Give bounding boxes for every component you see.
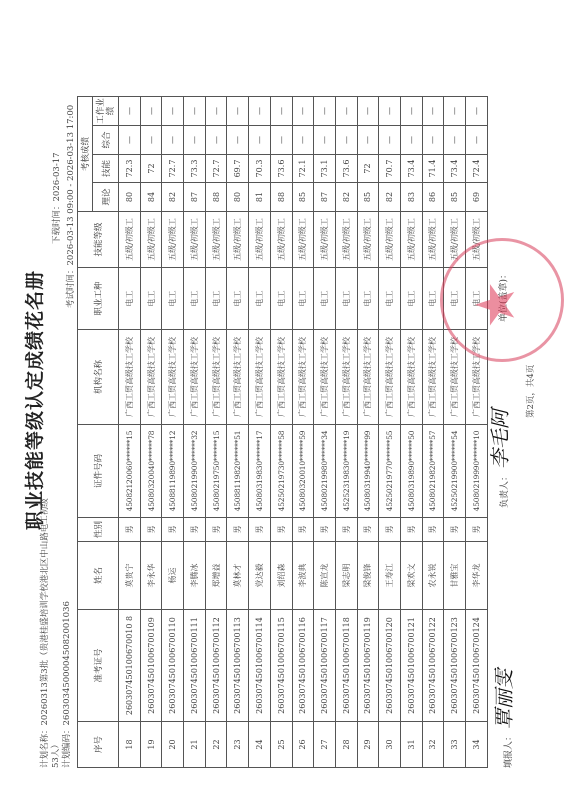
work-performance-cell: — — [184, 96, 206, 125]
skill-score-cell: 73.3 — [184, 155, 206, 183]
seq-cell: 20 — [162, 722, 184, 768]
comprehensive-score-cell: — — [140, 126, 162, 155]
level-cell: 五级/初级工 — [184, 212, 206, 268]
table-row: 252603074501006700115刘绍森男45250219730****… — [270, 96, 292, 767]
seq-cell: 19 — [140, 722, 162, 768]
theory-score-cell: 88 — [205, 183, 227, 212]
plan-code-label: 计划编码： — [62, 725, 72, 768]
level-cell: 五级/初级工 — [140, 212, 162, 268]
work-performance-cell: — — [400, 96, 422, 125]
theory-score-cell: 80 — [227, 183, 249, 212]
name-cell: 李波典 — [292, 542, 314, 610]
org-cell: 广西工贸高级技工学校 — [205, 330, 227, 425]
table-row: 312603074501006700121梁欢文男45080319890****… — [400, 96, 422, 767]
table-row: 292603074501006700119梁俊锋男45080319940****… — [357, 96, 379, 767]
plan-name-value: 20260313第3批（贵港桂盛培训学校港北区中山路电工初级 — [40, 498, 50, 725]
level-cell: 五级/初级工 — [292, 212, 314, 268]
gender-cell: 男 — [335, 518, 357, 542]
id-number-cell: 45080219820******57 — [422, 425, 444, 518]
ticket-cell: 2603074501006700113 — [227, 610, 249, 722]
gender-cell: 男 — [466, 518, 488, 542]
header-skill: 技能 — [93, 155, 119, 183]
ticket-cell: 2603074501006700119 — [357, 610, 379, 722]
table-row: 212603074501006700111李腾冰男45080219900****… — [184, 96, 206, 767]
work-performance-cell: — — [335, 96, 357, 125]
theory-score-cell: 87 — [184, 183, 206, 212]
responsible-signature: 李毛阿 — [488, 409, 512, 469]
plan-code: 计划编码：26030345000045082001036 — [60, 601, 72, 768]
seq-cell: 33 — [444, 722, 466, 768]
comprehensive-score-cell: — — [379, 126, 401, 155]
comprehensive-score-cell: — — [205, 126, 227, 155]
level-cell: 五级/初级工 — [270, 212, 292, 268]
comprehensive-score-cell: — — [184, 126, 206, 155]
skill-score-cell: 72.4 — [466, 155, 488, 183]
id-number-cell: 45088119890******12 — [162, 425, 184, 518]
ticket-cell: 2603074501006700123 — [444, 610, 466, 722]
table-row: 322603074501006700122农永锐男45080219820****… — [422, 96, 444, 767]
skill-score-cell: 72.3 — [119, 155, 141, 183]
ticket-cell: 2603074501006700122 — [422, 610, 444, 722]
gender-cell: 男 — [119, 518, 141, 542]
header-theory: 理论 — [93, 183, 119, 212]
ticket-cell: 2603074501006700118 — [335, 610, 357, 722]
skill-score-cell: 70.7 — [379, 155, 401, 183]
name-cell: 莫贵宁 — [119, 542, 141, 610]
skill-score-cell: 69.7 — [227, 155, 249, 183]
gender-cell: 男 — [162, 518, 184, 542]
name-cell: 农永锐 — [422, 542, 444, 610]
seq-cell: 27 — [314, 722, 336, 768]
work-performance-cell: — — [314, 96, 336, 125]
skill-score-cell: 73.6 — [270, 155, 292, 183]
gender-cell: 男 — [205, 518, 227, 542]
comprehensive-score-cell: — — [119, 126, 141, 155]
seq-cell: 22 — [205, 722, 227, 768]
work-performance-cell: — — [270, 96, 292, 125]
id-number-cell: 45080319890******50 — [400, 425, 422, 518]
gender-cell: 男 — [379, 518, 401, 542]
seq-cell: 30 — [379, 722, 401, 768]
page-info: 第2页，共4页 — [524, 365, 536, 418]
table-row: 202603074501006700110杨运男45088119890*****… — [162, 96, 184, 767]
occupation-cell: 电工 — [314, 268, 336, 330]
plan-name: 计划名称：20260313第3批（贵港桂盛培训学校港北区中山路电工初级 — [38, 498, 50, 768]
id-number-cell: 45080320010******59 — [292, 425, 314, 518]
name-cell: 梁俊锋 — [357, 542, 379, 610]
comprehensive-score-cell: — — [162, 126, 184, 155]
occupation-cell: 电工 — [249, 268, 271, 330]
theory-score-cell: 84 — [140, 183, 162, 212]
table-row: 272603074501006700117陈宣龙男45080219980****… — [314, 96, 336, 767]
name-cell: 王寿江 — [379, 542, 401, 610]
occupation-cell: 电工 — [379, 268, 401, 330]
table-body: 18260307450100670010 8莫贵宁男45082120060***… — [119, 96, 488, 767]
name-cell: 梁志明 — [335, 542, 357, 610]
download-time: 下载时间：2026-03-17 — [50, 152, 62, 244]
name-cell: 刘绍森 — [270, 542, 292, 610]
level-cell: 五级/初级工 — [400, 212, 422, 268]
theory-score-cell: 86 — [422, 183, 444, 212]
work-performance-cell: — — [205, 96, 227, 125]
name-cell: 李华龙 — [466, 542, 488, 610]
comprehensive-score-cell: — — [335, 126, 357, 155]
comprehensive-score-cell: — — [422, 126, 444, 155]
skill-score-cell: 73.6 — [335, 155, 357, 183]
table-row: 262603074501006700116李波典男45080320010****… — [292, 96, 314, 767]
org-cell: 广西工贸高级技工学校 — [314, 330, 336, 425]
gender-cell: 男 — [227, 518, 249, 542]
header-scores-group: 考核成绩 — [78, 96, 93, 211]
org-cell: 广西工贸高级技工学校 — [422, 330, 444, 425]
id-number-cell: 45250219900******54 — [444, 425, 466, 518]
ticket-cell: 260307450100670010 8 — [119, 610, 141, 722]
theory-score-cell: 82 — [379, 183, 401, 212]
ticket-cell: 2603074501006700116 — [292, 610, 314, 722]
theory-score-cell: 88 — [270, 183, 292, 212]
occupation-cell: 电工 — [335, 268, 357, 330]
responsible-label: 负责人： — [500, 472, 510, 508]
ticket-cell: 2603074501006700117 — [314, 610, 336, 722]
header-seq: 序号 — [78, 722, 119, 768]
org-cell: 广西工贸高级技工学校 — [162, 330, 184, 425]
work-performance-cell: — — [119, 96, 141, 125]
occupation-cell: 电工 — [184, 268, 206, 330]
table-row: 222603074501006700112郑增益男45080219750****… — [205, 96, 227, 767]
org-cell: 广西工贸高级技工学校 — [292, 330, 314, 425]
occupation-cell: 电工 — [119, 268, 141, 330]
name-cell: 李永华 — [140, 542, 162, 610]
id-number-cell: 45252319830******19 — [335, 425, 357, 518]
header-id-number: 证件号码 — [78, 425, 119, 518]
seq-cell: 24 — [249, 722, 271, 768]
skill-score-cell: 70.3 — [249, 155, 271, 183]
occupation-cell: 电工 — [227, 268, 249, 330]
occupation-cell: 电工 — [270, 268, 292, 330]
id-number-cell: 45080219980******34 — [314, 425, 336, 518]
level-cell: 五级/初级工 — [379, 212, 401, 268]
gender-cell: 男 — [184, 518, 206, 542]
id-number-cell: 45080219750******15 — [205, 425, 227, 518]
filler-signature: 覃丽雯 — [492, 669, 516, 729]
theory-score-cell: 82 — [335, 183, 357, 212]
comprehensive-score-cell: — — [292, 126, 314, 155]
occupation-cell: 电工 — [400, 268, 422, 330]
occupation-cell: 电工 — [162, 268, 184, 330]
ticket-cell: 2603074501006700121 — [400, 610, 422, 722]
work-performance-cell: — — [379, 96, 401, 125]
level-cell: 五级/初级工 — [314, 212, 336, 268]
org-cell: 广西工贸高级技工学校 — [379, 330, 401, 425]
id-number-cell: 45250219730******58 — [270, 425, 292, 518]
theory-score-cell: 85 — [357, 183, 379, 212]
level-cell: 五级/初级工 — [249, 212, 271, 268]
header-ticket: 准考证号 — [78, 610, 119, 722]
work-performance-cell: — — [162, 96, 184, 125]
comprehensive-score-cell: — — [400, 126, 422, 155]
id-number-cell: 45082120060******15 — [119, 425, 141, 518]
org-cell: 广西工贸高级技工学校 — [119, 330, 141, 425]
skill-score-cell: 72 — [140, 155, 162, 183]
work-performance-cell: — — [444, 96, 466, 125]
org-cell: 广西工贸高级技工学校 — [335, 330, 357, 425]
theory-score-cell: 83 — [400, 183, 422, 212]
ticket-cell: 2603074501006700112 — [205, 610, 227, 722]
org-cell: 广西工贸高级技工学校 — [249, 330, 271, 425]
filler: 填报人： 覃丽雯 — [488, 669, 517, 768]
work-performance-cell: — — [140, 96, 162, 125]
skill-score-cell: 73.4 — [400, 155, 422, 183]
comprehensive-score-cell: — — [270, 126, 292, 155]
gender-cell: 男 — [422, 518, 444, 542]
skill-score-cell: 72.7 — [205, 155, 227, 183]
skill-score-cell: 71.4 — [422, 155, 444, 183]
seq-cell: 31 — [400, 722, 422, 768]
comprehensive-score-cell: — — [357, 126, 379, 155]
gender-cell: 男 — [444, 518, 466, 542]
theory-score-cell: 69 — [466, 183, 488, 212]
responsible: 负责人： 李毛阿 — [484, 409, 513, 508]
work-performance-cell: — — [357, 96, 379, 125]
seq-cell: 26 — [292, 722, 314, 768]
official-seal: ★ — [440, 238, 564, 362]
ticket-cell: 2603074501006700124 — [466, 610, 488, 722]
occupation-cell: 电工 — [140, 268, 162, 330]
level-cell: 五级/初级工 — [357, 212, 379, 268]
level-cell: 五级/初级工 — [422, 212, 444, 268]
name-cell: 陈宣龙 — [314, 542, 336, 610]
table-row: 302603074501006700120王寿江男45250219770****… — [379, 96, 401, 767]
skill-score-cell: 72.1 — [292, 155, 314, 183]
org-cell: 广西工贸高级技工学校 — [184, 330, 206, 425]
filler-label: 填报人： — [504, 732, 514, 768]
header-org: 机构名称 — [78, 330, 119, 425]
table-row: 18260307450100670010 8莫贵宁男45082120060***… — [119, 96, 141, 767]
name-cell: 郑增益 — [205, 542, 227, 610]
table-row: 282603074501006700118梁志明男45252319830****… — [335, 96, 357, 767]
org-cell: 广西工贸高级技工学校 — [227, 330, 249, 425]
org-cell: 广西工贸高级技工学校 — [357, 330, 379, 425]
seq-cell: 34 — [466, 722, 488, 768]
exam-time: 考试时间：2026-03-13 09:00 - 2026-03-13 17:00 — [64, 105, 76, 308]
seq-cell: 23 — [227, 722, 249, 768]
seq-cell: 18 — [119, 722, 141, 768]
name-cell: 李腾冰 — [184, 542, 206, 610]
gender-cell: 男 — [357, 518, 379, 542]
header-occupation: 职业工种 — [78, 268, 119, 330]
id-number-cell: 45080319830******17 — [249, 425, 271, 518]
skill-score-cell: 73.1 — [314, 155, 336, 183]
table-row: 332603074501006700123甘雅宝男45250219900****… — [444, 96, 466, 767]
theory-score-cell: 87 — [314, 183, 336, 212]
gender-cell: 男 — [292, 518, 314, 542]
seq-cell: 29 — [357, 722, 379, 768]
header-comprehensive: 综合 — [93, 126, 119, 155]
org-cell: 广西工贸高级技工学校 — [400, 330, 422, 425]
org-cell: 广西工贸高级技工学校 — [270, 330, 292, 425]
id-number-cell: 45080219900******32 — [184, 425, 206, 518]
occupation-cell: 电工 — [205, 268, 227, 330]
id-number-cell: 45088119820******51 — [227, 425, 249, 518]
occupation-cell: 电工 — [292, 268, 314, 330]
name-cell: 甘雅宝 — [444, 542, 466, 610]
ticket-cell: 2603074501006700111 — [184, 610, 206, 722]
gender-cell: 男 — [249, 518, 271, 542]
gender-cell: 男 — [314, 518, 336, 542]
gender-cell: 男 — [270, 518, 292, 542]
work-performance-cell: — — [466, 96, 488, 125]
ticket-cell: 2603074501006700109 — [140, 610, 162, 722]
score-roster-table: 序号 准考证号 姓名 性别 证件号码 机构名称 职业工种 技能等级 考核成绩 理… — [77, 96, 488, 768]
theory-score-cell: 81 — [249, 183, 271, 212]
level-cell: 五级/初级工 — [205, 212, 227, 268]
level-cell: 五级/初级工 — [335, 212, 357, 268]
seq-cell: 32 — [422, 722, 444, 768]
work-performance-cell: — — [227, 96, 249, 125]
work-performance-cell: — — [249, 96, 271, 125]
org-cell: 广西工贸高级技工学校 — [140, 330, 162, 425]
skill-score-cell: 72.7 — [162, 155, 184, 183]
ticket-cell: 2603074501006700114 — [249, 610, 271, 722]
theory-score-cell: 85 — [444, 183, 466, 212]
work-performance-cell: — — [292, 96, 314, 125]
name-cell: 党达毅 — [249, 542, 271, 610]
name-cell: 梁欢文 — [400, 542, 422, 610]
seq-cell: 28 — [335, 722, 357, 768]
level-cell: 五级/初级工 — [227, 212, 249, 268]
id-number-cell: 45080319940******99 — [357, 425, 379, 518]
name-cell: 杨运 — [162, 542, 184, 610]
comprehensive-score-cell: — — [227, 126, 249, 155]
seq-cell: 25 — [270, 722, 292, 768]
comprehensive-score-cell: — — [314, 126, 336, 155]
theory-score-cell: 85 — [292, 183, 314, 212]
level-cell: 五级/初级工 — [119, 212, 141, 268]
occupation-cell: 电工 — [357, 268, 379, 330]
header-work-performance: 工作业绩 — [93, 96, 119, 125]
skill-score-cell: 72 — [357, 155, 379, 183]
comprehensive-score-cell: — — [466, 126, 488, 155]
gender-cell: 男 — [400, 518, 422, 542]
theory-score-cell: 82 — [162, 183, 184, 212]
name-cell: 莫林才 — [227, 542, 249, 610]
ticket-cell: 2603074501006700120 — [379, 610, 401, 722]
id-number-cell: 45080320040******78 — [140, 425, 162, 518]
work-performance-cell: — — [422, 96, 444, 125]
table-row: 192603074501006700109李永华男45080320040****… — [140, 96, 162, 767]
table-row: 232603074501006700113莫林才男45088119820****… — [227, 96, 249, 767]
header-gender: 性别 — [78, 518, 119, 542]
id-number-cell: 45250219770******55 — [379, 425, 401, 518]
level-cell: 五级/初级工 — [162, 212, 184, 268]
header-level: 技能等级 — [78, 212, 119, 268]
theory-score-cell: 80 — [119, 183, 141, 212]
star-icon: ★ — [469, 281, 523, 329]
header-name: 姓名 — [78, 542, 119, 610]
seq-cell: 21 — [184, 722, 206, 768]
ticket-cell: 2603074501006700115 — [270, 610, 292, 722]
gender-cell: 男 — [140, 518, 162, 542]
skill-score-cell: 73.4 — [444, 155, 466, 183]
table-row: 242603074501006700114党达毅男45080319830****… — [249, 96, 271, 767]
comprehensive-score-cell: — — [249, 126, 271, 155]
ticket-cell: 2603074501006700110 — [162, 610, 184, 722]
comprehensive-score-cell: — — [444, 126, 466, 155]
plan-code-value: 26030345000045082001036 — [62, 601, 72, 725]
roster-page: 职业技能等级认定成绩花名册 下载时间：2026-03-17 计划名称：20260… — [0, 0, 566, 800]
